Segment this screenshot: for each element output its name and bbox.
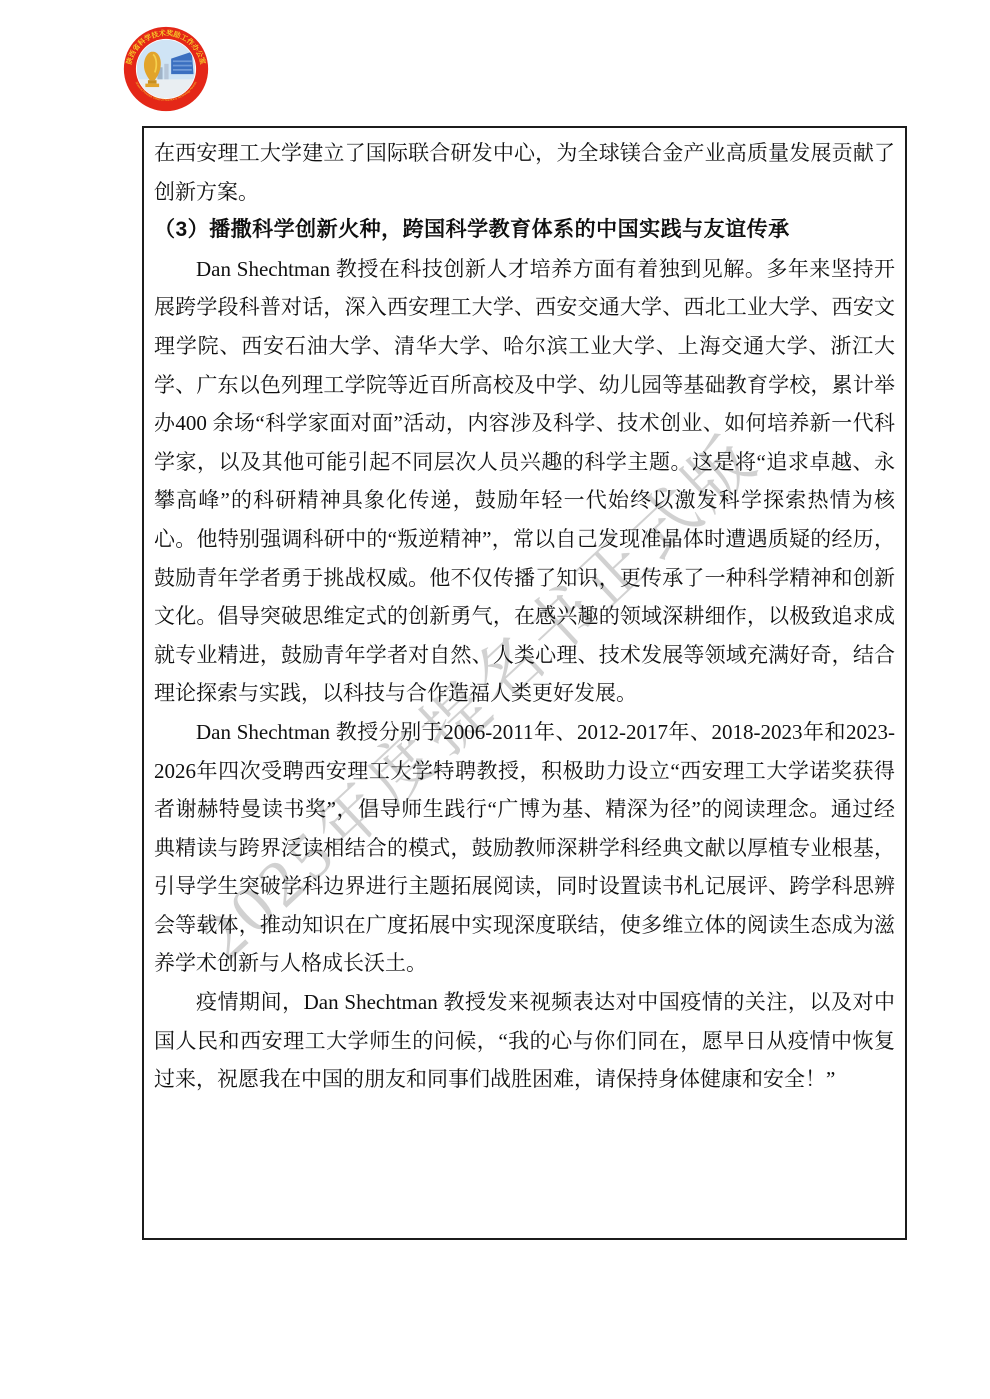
page: { "seal": { "top_arc_text": "陕西省科学技术奖励工作… bbox=[0, 0, 990, 1399]
document-content-box: 在西安理工大学建立了国际联合研发中心，为全球镁合金产业高质量发展贡献了创新方案。… bbox=[142, 126, 907, 1240]
paragraph: Dan Shechtman 教授在科技创新人才培养方面有着独到见解。多年来坚持开… bbox=[154, 250, 895, 713]
document-body: 在西安理工大学建立了国际联合研发中心，为全球镁合金产业高质量发展贡献了创新方案。… bbox=[154, 134, 895, 1099]
paragraph: 疫情期间，Dan Shechtman 教授发来视频表达对中国疫情的关注，以及对中… bbox=[154, 983, 895, 1099]
paragraph: 在西安理工大学建立了国际联合研发中心，为全球镁合金产业高质量发展贡献了创新方案。 bbox=[154, 134, 895, 211]
seal-photo bbox=[137, 40, 195, 98]
section-heading: （3）播撒科学创新火种，跨国科学教育体系的中国实践与友谊传承 bbox=[154, 211, 895, 250]
seal-graphic: 陕西省科学技术奖励工作办公室 Shaanxi Province Office O… bbox=[123, 26, 209, 112]
organization-seal: 陕西省科学技术奖励工作办公室 Shaanxi Province Office O… bbox=[123, 26, 209, 112]
paragraph: Dan Shechtman 教授分别于2006-2011年、2012-2017年… bbox=[154, 713, 895, 983]
